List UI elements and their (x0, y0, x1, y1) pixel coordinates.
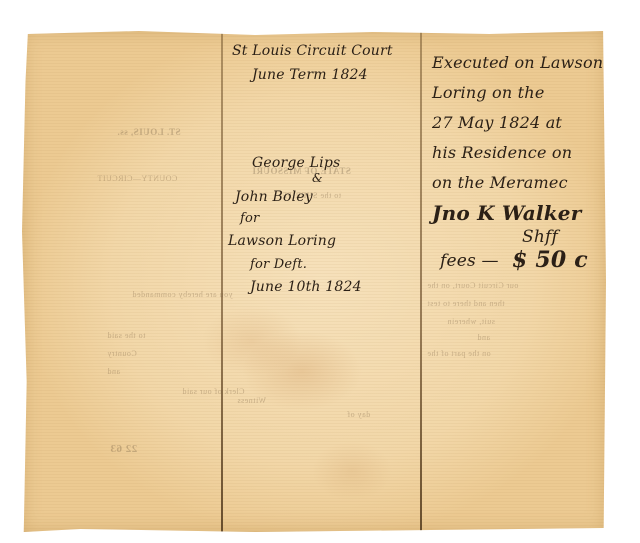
court-term: June Term 1824 (252, 67, 368, 83)
return-line-4: his Residence on (432, 143, 572, 162)
sheriff-signature: Jno K Walker (432, 201, 581, 225)
bleed-text: Country (107, 349, 137, 358)
return-line-2: Loring on the (432, 83, 544, 102)
document-paper: ST. LOUIS, ss. COUNTY—CIRCUIT to the sai… (22, 31, 606, 532)
bleed-text: to the said (107, 331, 145, 340)
bleed-text: you are hereby commanded (132, 290, 233, 299)
bleed-text: and (107, 367, 120, 376)
bleed-text: Clerk of our said (182, 387, 245, 396)
filing-date: June 10th 1824 (250, 279, 362, 295)
bleed-text: ST. LOUIS, ss. (117, 127, 181, 137)
plaintiff-name: George Lips (252, 155, 340, 171)
bleed-text: Witness (237, 396, 266, 405)
ampersand: & (312, 171, 323, 185)
bleed-text: on the part of the (427, 349, 491, 358)
fold-line-right (420, 31, 422, 532)
co-plaintiff-name: John Boley (235, 189, 313, 205)
sheriff-title: Shff (522, 227, 558, 247)
bleed-text: our Circuit Court, on the (427, 281, 518, 290)
return-line-3: 27 May 1824 at (432, 113, 562, 132)
fees-amount: $ 50 c (512, 247, 588, 273)
deft-note: for Deft. (250, 257, 307, 272)
bleed-text: COUNTY—CIRCUIT (97, 174, 177, 183)
bleed-text: then and there to test (427, 299, 505, 308)
defendant-name: Lawson Loring (228, 233, 336, 249)
versus-word: for (240, 211, 259, 226)
court-heading: St Louis Circuit Court (232, 43, 393, 59)
fold-line-left (221, 31, 223, 532)
fees-label: fees — (440, 251, 499, 271)
return-line-1: Executed on Lawson (432, 53, 603, 72)
bleed-text: day of (347, 410, 370, 419)
bleed-text: 22 63 (110, 443, 137, 455)
bleed-text: suit, wherein (447, 317, 495, 326)
return-line-5: on the Meramec (432, 173, 568, 192)
bleed-text: and (477, 333, 490, 342)
